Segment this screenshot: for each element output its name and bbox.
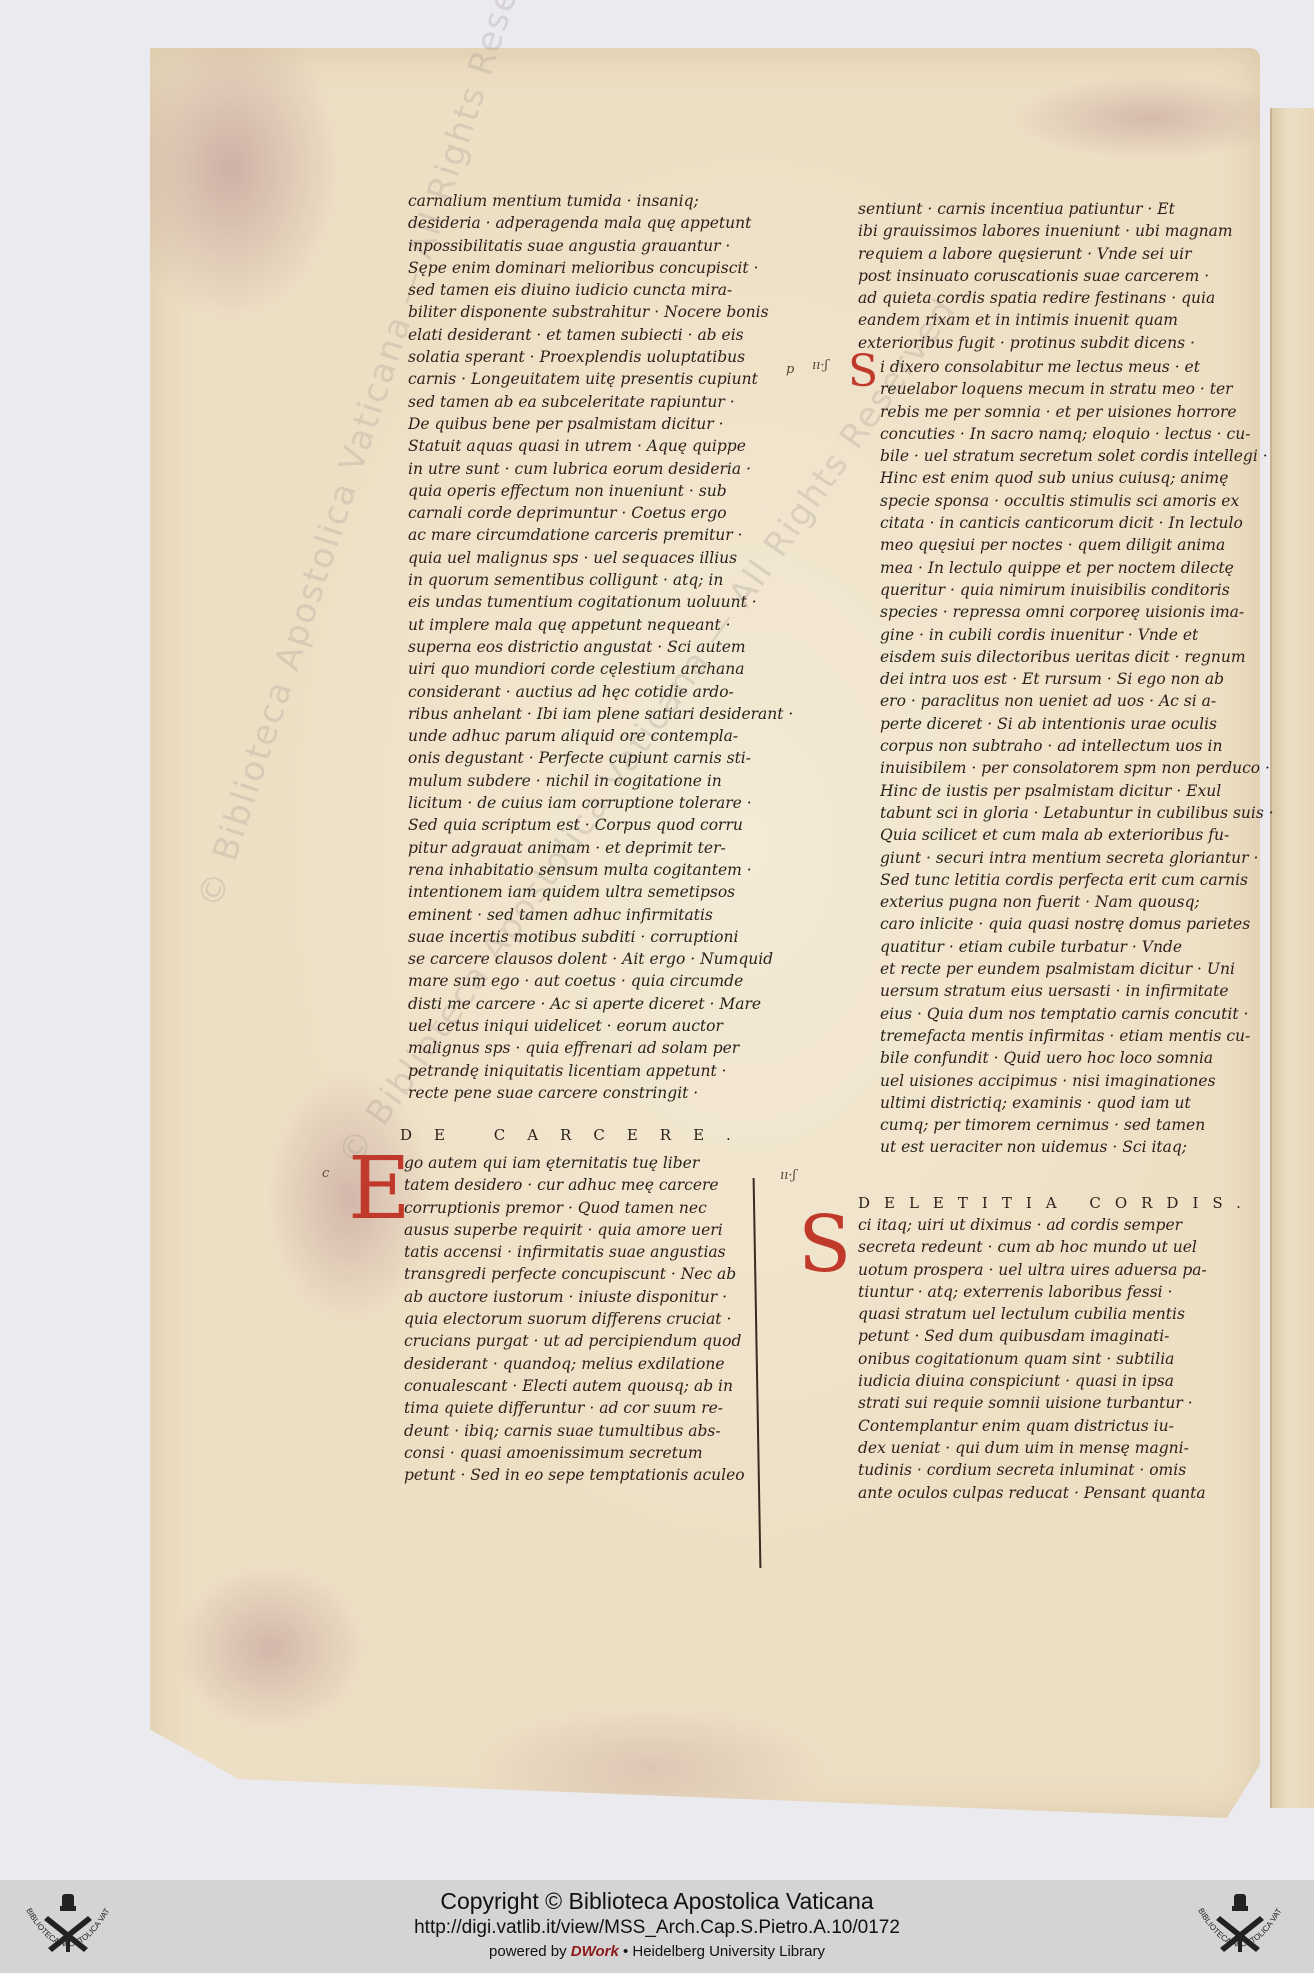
text-line: Quia scilicet et cum mala ab exterioribu… — [880, 824, 1260, 846]
powered-by: powered by DWork • Heidelberg University… — [0, 1941, 1314, 1963]
text-line: perte diceret · Si ab intentionis urae o… — [880, 713, 1260, 735]
heading-de-letitia-cordis: DELETITIA CORDIS. — [858, 1194, 1255, 1212]
text-line: post insinuato coruscationis suae carcer… — [858, 265, 1258, 287]
rubric-initial-e: E — [348, 1146, 411, 1232]
text-line: petunt · Sed in eo sepe temptationis acu… — [404, 1464, 794, 1486]
text-line: tudinis · cordium secreta inluminat · om… — [858, 1459, 1258, 1481]
text-line: bile confundit · Quid uero hoc loco somn… — [880, 1047, 1260, 1069]
text-line: eisdem suis dilectoribus ueritas dicit ·… — [880, 646, 1260, 668]
text-line: tima quiete differuntur · ad cor suum re… — [404, 1397, 794, 1419]
text-line: eminent · sed tamen adhuc infirmitatis — [408, 904, 808, 926]
text-line: dei intra uos est · Et rursum · Si ego n… — [880, 668, 1260, 690]
text-line: sed tamen eis diuino iudicio cuncta mira… — [408, 279, 808, 301]
text-line: uel cetus iniqui uidelicet · eorum aucto… — [408, 1015, 808, 1037]
text-line: tremefacta mentis infirmitas · etiam men… — [880, 1025, 1260, 1047]
rubric-initial-s-2: S — [798, 1206, 851, 1284]
text-line: carnis · Longeuitatem uitę presentis cup… — [408, 368, 808, 390]
text-line: reuelabor loquens mecum in stratu meo · … — [880, 378, 1260, 400]
left-section-text: go autem qui iam ęternitatis tuę liberta… — [404, 1152, 794, 1486]
text-line: Sed tunc letitia cordis perfecta erit cu… — [880, 869, 1260, 891]
text-line: in quorum sementibus colligunt · atq; in — [408, 569, 808, 591]
text-line: carnali corde deprimuntur · Coetus ergo — [408, 502, 808, 524]
text-line: tabunt sci in gloria · Letabuntur in cub… — [880, 802, 1260, 824]
text-line: species · repressa omni corporeę uisioni… — [880, 601, 1260, 623]
text-line: ut implere mala quę appetunt nequeant · — [408, 614, 808, 636]
vatican-library-logo-icon: BIBLIOTECA APOSTOLICA VATICANA — [1190, 1888, 1290, 1968]
text-line: inpossibilitatis suae angustia grauantur… — [408, 235, 808, 257]
right-text-column: sentiunt · carnis incentiua patiuntur · … — [858, 198, 1258, 354]
text-line: Statuit aquas quasi in utrem · Aquę quip… — [408, 435, 808, 457]
text-line: biliter disponente substrahitur · Nocere… — [408, 301, 808, 323]
margin-note-right-2: ıı·ʃ — [780, 1168, 796, 1183]
text-line: concuties · In sacro namq; eloquio · lec… — [880, 423, 1260, 445]
text-line: intentionem iam quidem ultra semetipsos — [408, 881, 808, 903]
text-line: eis undas tumentium cogitationum uoluunt… — [408, 591, 808, 613]
right-section1-text: i dixero consolabitur me lectus meus · e… — [880, 356, 1260, 1159]
text-line: eandem rixam et in intimis inuenit quam — [858, 309, 1258, 331]
copyright-footer: Copyright © Biblioteca Apostolica Vatica… — [0, 1880, 1314, 1973]
text-line: sentiunt · carnis incentiua patiuntur · … — [858, 198, 1258, 220]
text-line: gine · in cubili cordis inuenitur · Vnde… — [880, 624, 1260, 646]
text-line: desideria · adperagenda mala quę appetun… — [408, 212, 808, 234]
text-line: quia uel malignus sps · uel sequaces ill… — [408, 547, 808, 569]
text-line: ausus superbe requirit · quia amore ueri — [404, 1219, 794, 1241]
text-line: desiderant · quandoq; melius exdilatione — [404, 1353, 794, 1375]
text-line: in utre sunt · cum lubrica eorum desider… — [408, 458, 808, 480]
text-line: Sed quia scriptum est · Corpus quod corr… — [408, 814, 808, 836]
text-line: licitum · de cuius iam corruptione toler… — [408, 792, 808, 814]
text-line: carnalium mentium tumida · insaniq; — [408, 190, 808, 212]
source-url[interactable]: http://digi.vatlib.it/view/MSS_Arch.Cap.… — [0, 1915, 1314, 1941]
text-line: petrandę iniquitatis licentiam appetunt … — [408, 1060, 808, 1082]
dwork-brand: DWork — [571, 1943, 619, 1960]
text-line: uotum prospera · uel ultra uires aduersa… — [858, 1259, 1258, 1281]
text-line: transgredi perfecte concupiscunt · Nec a… — [404, 1263, 794, 1285]
text-line: tiuntur · atq; exterrenis laboribus fess… — [858, 1281, 1258, 1303]
text-line: meo quęsiui per noctes · quem diligit an… — [880, 534, 1260, 556]
text-line: exterioribus fugit · protinus subdit dic… — [858, 332, 1258, 354]
text-line: De quibus bene per psalmistam dicitur · — [408, 413, 808, 435]
text-line: ultimi districtiq; examinis · quod iam u… — [880, 1092, 1260, 1114]
text-line: uiri quo mundiori corde cęlestium archan… — [408, 658, 808, 680]
text-line: bile · uel stratum secretum solet cordis… — [880, 445, 1260, 467]
text-line: corpus non subtraho · ad intellectum uos… — [880, 735, 1260, 757]
copyright-text: Copyright © Biblioteca Apostolica Vatica… — [0, 1887, 1314, 1915]
text-line: quia electorum suorum differens cruciat … — [404, 1308, 794, 1330]
text-line: dex ueniat · qui dum uim in mensę magni- — [858, 1437, 1258, 1459]
text-line: ibi grauissimos labores inueniunt · ubi … — [858, 220, 1258, 242]
margin-note-right-1: ıı·ʃ — [812, 358, 828, 373]
text-line: quia operis effectum non inueniunt · sub — [408, 480, 808, 502]
vatican-library-logo-icon: BIBLIOTECA APOSTOLICA VATICANA — [18, 1888, 118, 1968]
text-line: superna eos districtio angustat · Sci au… — [408, 636, 808, 658]
text-line: requiem a labore quęsierunt · Vnde sei u… — [858, 243, 1258, 265]
text-line: malignus sps · quia effrenari ad solam p… — [408, 1037, 808, 1059]
text-line: suae incertis motibus subditi · corrupti… — [408, 926, 808, 948]
text-line: ante oculos culpas reducat · Pensant qua… — [858, 1482, 1258, 1504]
text-line: queritur · quia nimirum inuisibilis cond… — [880, 579, 1260, 601]
text-line: conualescant · Electi autem quousq; ab i… — [404, 1375, 794, 1397]
text-line: Contemplantur enim quam districtus iu- — [858, 1415, 1258, 1437]
text-line: deunt · ibiq; carnis suae tumultibus abs… — [404, 1420, 794, 1442]
text-line: mea · In lectulo quippe et per noctem di… — [880, 557, 1260, 579]
text-line: sed tamen ab ea subceleritate rapiuntur … — [408, 391, 808, 413]
text-line: ab auctore iustorum · iniuste disponitur… — [404, 1286, 794, 1308]
text-line: ut est ueraciter non uidemus · Sci itaq; — [880, 1136, 1260, 1158]
text-line: uersum stratum eius uersasti · in infirm… — [880, 980, 1260, 1002]
margin-note-left-1: p — [786, 362, 794, 377]
text-line: elati desiderant · et tamen subiecti · a… — [408, 324, 808, 346]
rubric-initial-s-1: S — [848, 350, 878, 394]
text-line: considerant · auctius ad hęc cotidie ard… — [408, 681, 808, 703]
text-line: exterius pugna non fuerit · Nam quousq; — [880, 891, 1260, 913]
text-line: ribus anhelant · Ibi iam plene satiari d… — [408, 703, 808, 725]
heading-de-carcere: DE CARCERE. — [400, 1126, 753, 1144]
text-line: corruptionis premor · Quod tamen nec — [404, 1197, 794, 1219]
text-line: eius · Quia dum nos temptatio carnis con… — [880, 1003, 1260, 1025]
text-line: quatitur · etiam cubile turbatur · Vnde — [880, 936, 1260, 958]
text-line: solatia sperant · Proexplendis uoluptati… — [408, 346, 808, 368]
text-line: ci itaq; uiri ut diximus · ad cordis sem… — [858, 1214, 1258, 1236]
text-line: i dixero consolabitur me lectus meus · e… — [880, 356, 1260, 378]
text-line: go autem qui iam ęternitatis tuę liber — [404, 1152, 794, 1174]
text-line: ac mare circumdatione carceris premitur … — [408, 524, 808, 546]
text-line: petunt · Sed dum quibusdam imaginati- — [858, 1325, 1258, 1347]
text-line: specie sponsa · occultis stimulis sci am… — [880, 490, 1260, 512]
text-line: uel uisiones accipimus · nisi imaginatio… — [880, 1070, 1260, 1092]
manuscript-viewer: © Biblioteca Apostolica Vaticana — All R… — [0, 0, 1314, 1880]
text-line: mare sum ego · aut coetus · quia circumd… — [408, 970, 808, 992]
text-line: rebis me per somnia · et per uisiones ho… — [880, 401, 1260, 423]
text-line: et recte per eundem psalmistam dicitur ·… — [880, 958, 1260, 980]
text-line: giunt · securi intra mentium secreta glo… — [880, 847, 1260, 869]
text-line: Hinc de iustis per psalmistam dicitur · … — [880, 780, 1260, 802]
text-line: tatem desidero · cur adhuc meę carcere — [404, 1174, 794, 1196]
text-line: ad quieta cordis spatia redire festinans… — [858, 287, 1258, 309]
text-line: strati sui requie somnii uisione turbant… — [858, 1392, 1258, 1414]
left-text-column: carnalium mentium tumida · insaniq; desi… — [408, 190, 808, 1104]
text-line: onibus cogitationum quam sint · subtilia — [858, 1348, 1258, 1370]
text-line: crucians purgat · ut ad percipiendum quo… — [404, 1330, 794, 1352]
text-line: onis degustant · Perfecte cupiunt carnis… — [408, 747, 808, 769]
adjacent-folio-edge — [1270, 108, 1314, 1808]
text-line: caro inlicite · quia quasi nostrę domus … — [880, 913, 1260, 935]
text-line: ero · paraclitus non ueniet ad uos · Ac … — [880, 690, 1260, 712]
text-line: pitur adgrauat animam · et deprimit ter- — [408, 837, 808, 859]
text-line: cumq; per timorem cernimus · sed tamen — [880, 1114, 1260, 1136]
text-line: unde adhuc parum aliquid ore contempla- — [408, 725, 808, 747]
text-line: Sępe enim dominari melioribus concupisci… — [408, 257, 808, 279]
text-line: se carcere clausos dolent · Ait ergo · N… — [408, 948, 808, 970]
text-line: iudicia diuina conspiciunt · quasi in ip… — [858, 1370, 1258, 1392]
text-line: recte pene suae carcere constringit · — [408, 1082, 808, 1104]
margin-note-left-2: c — [322, 1166, 329, 1181]
text-line: Hinc est enim quod sub unius cuiusq; ani… — [880, 467, 1260, 489]
right-section2-text: ci itaq; uiri ut diximus · ad cordis sem… — [858, 1214, 1258, 1504]
text-line: secreta redeunt · cum ab hoc mundo ut ue… — [858, 1236, 1258, 1258]
text-line: tatis accensi · infirmitatis suae angust… — [404, 1241, 794, 1263]
text-line: rena inhabitatio sensum multa cogitantem… — [408, 859, 808, 881]
text-line: quasi stratum uel lectulum cubilia menti… — [858, 1303, 1258, 1325]
text-line: citata · in canticis canticorum dicit · … — [880, 512, 1260, 534]
text-line: mulum subdere · nichil in cogitatione in — [408, 770, 808, 792]
text-line: consi · quasi amoenissimum secretum — [404, 1442, 794, 1464]
text-line: disti me carcere · Ac si aperte diceret … — [408, 993, 808, 1015]
text-line: inuisibilem · per consolatorem spm non p… — [880, 757, 1260, 779]
